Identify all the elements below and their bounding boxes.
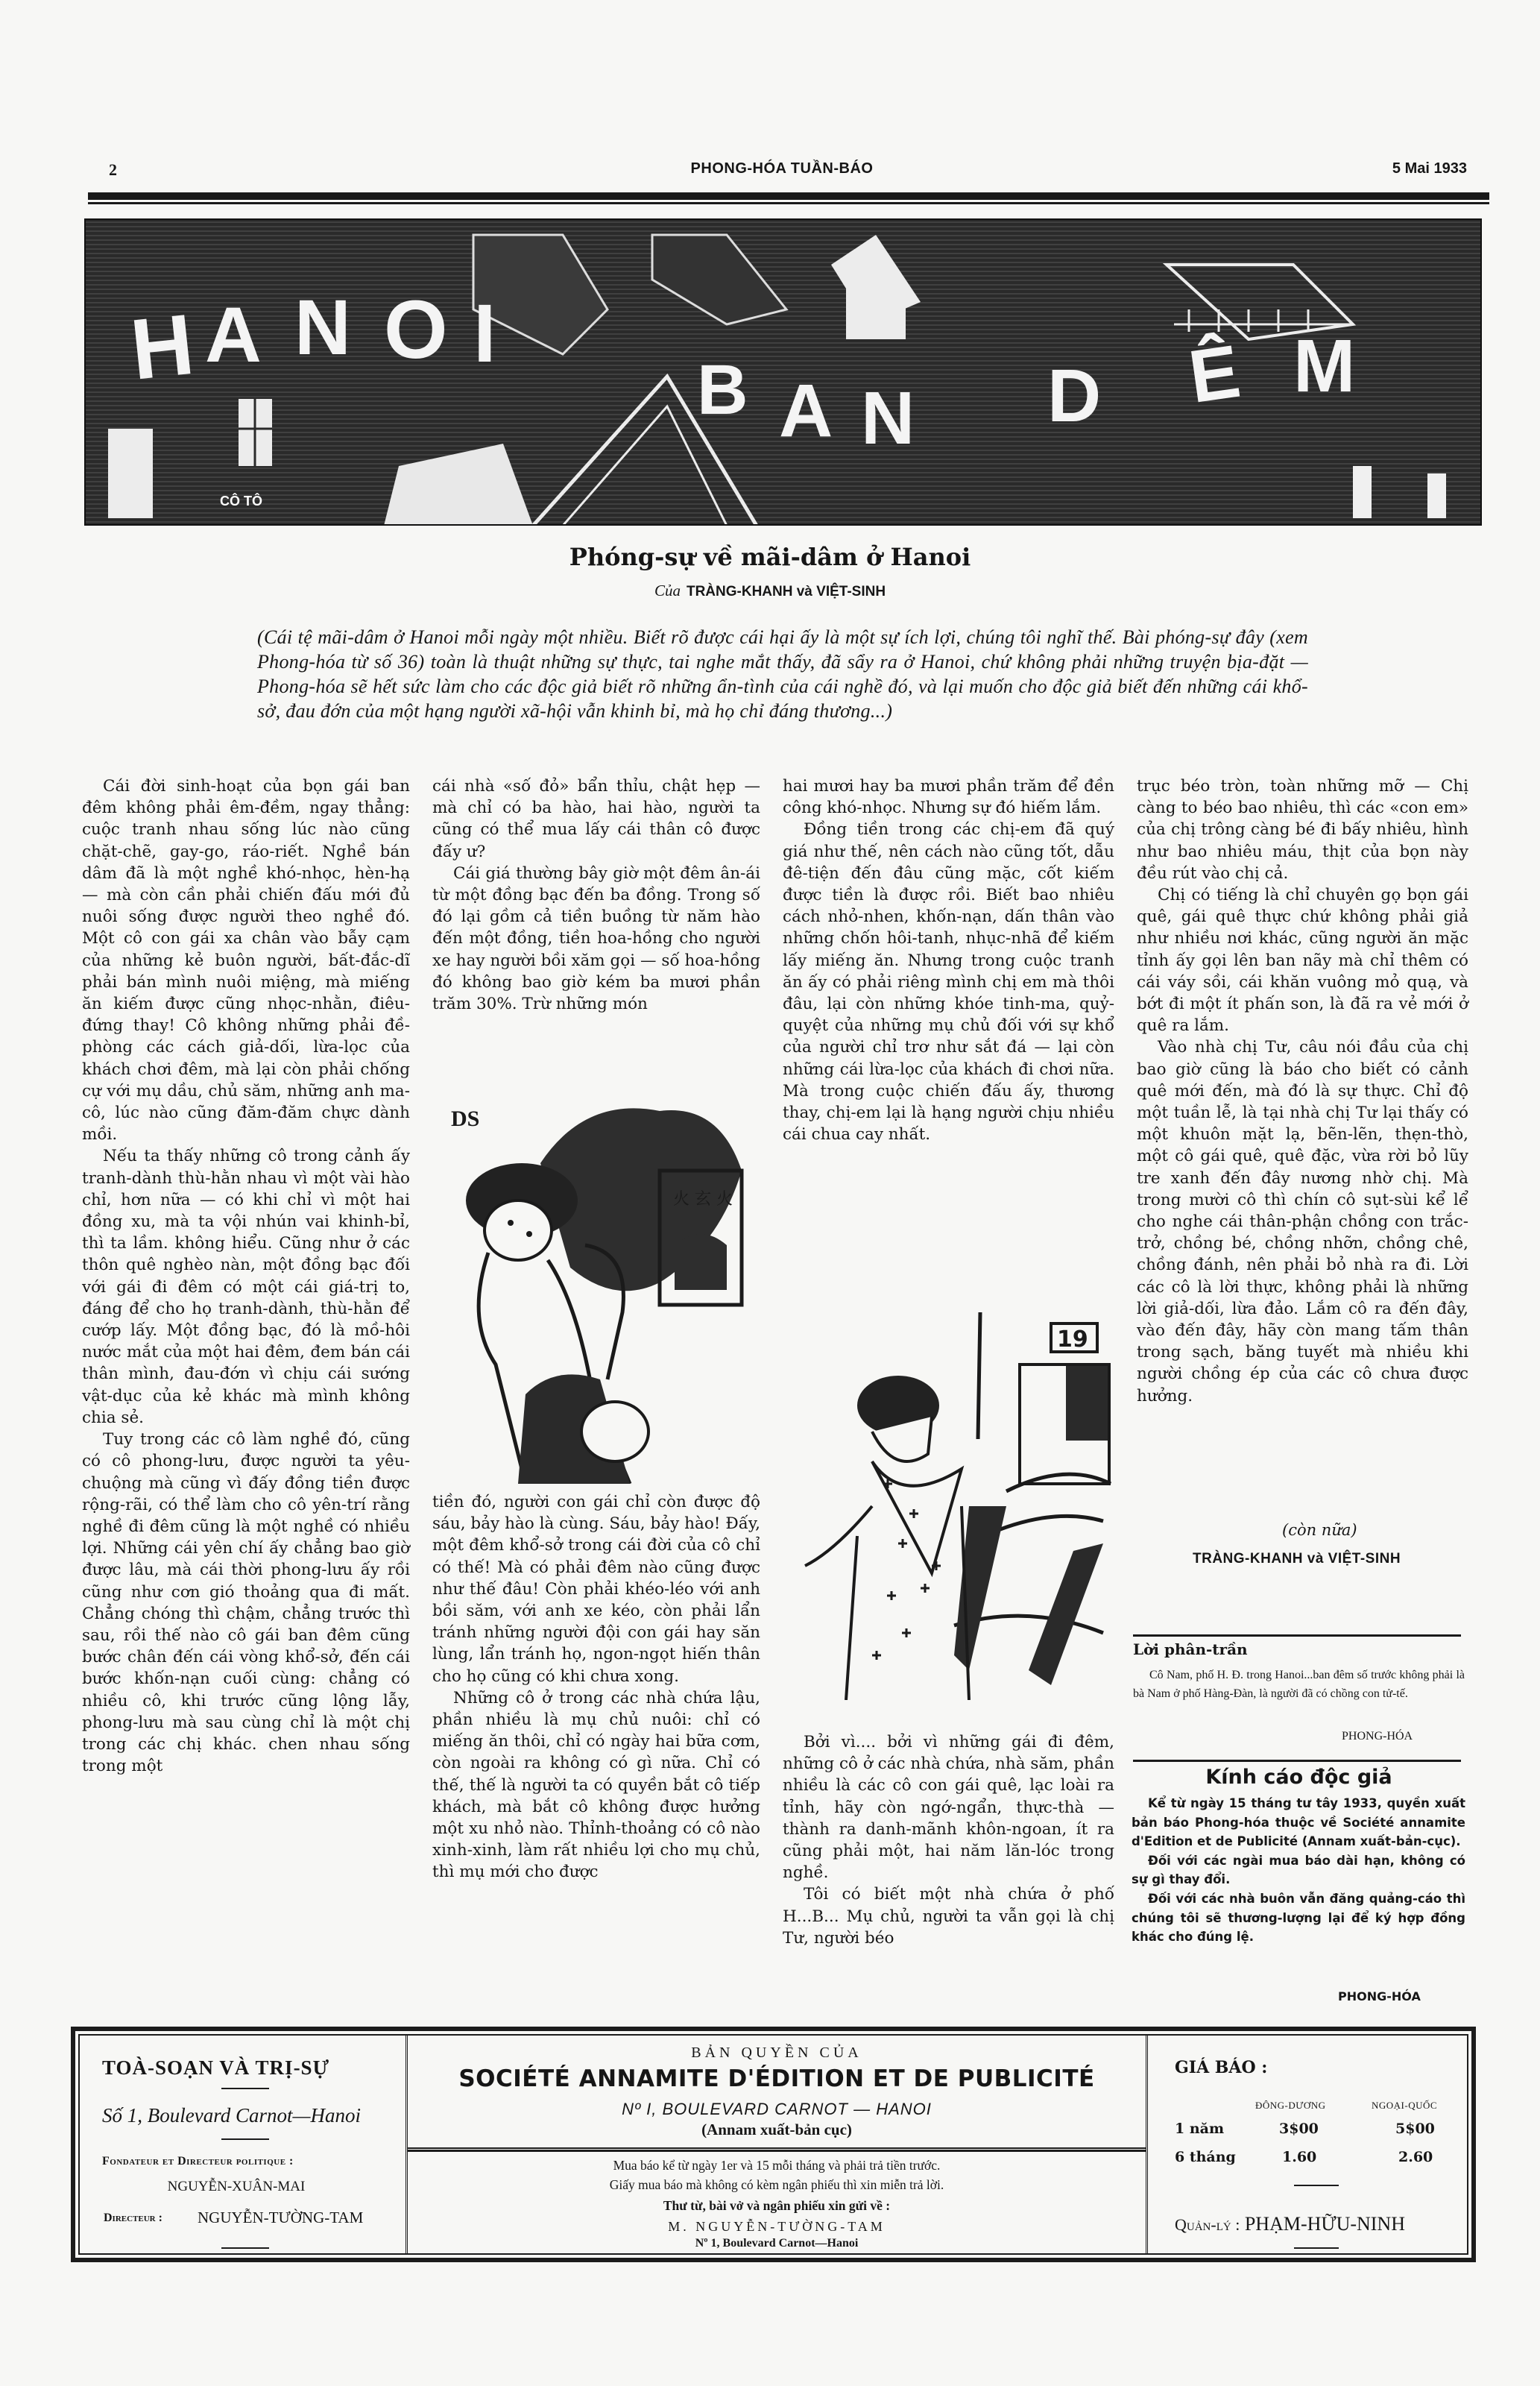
founder-name: NGUYỄN-XUÂN-MAI [80,2179,393,2195]
paragraph: hai mươi hay ba mươi phần trăm để đền cô… [783,775,1114,819]
svg-text:DS: DS [451,1107,479,1131]
divider [1133,1634,1461,1637]
masthead: 2 PHONG-HÓA TUẦN-BÁO 5 Mai 1933 [88,153,1476,183]
subscribe-note-1: Mua báo kể từ ngày 1er và 15 mỗi tháng v… [408,2158,1146,2173]
correction-heading: Lời phân-trần [1133,1640,1248,1658]
svg-text:A: A [779,369,833,453]
recipient-name: M. NGUYỄN-TƯỜNG-TAM [408,2219,1146,2235]
footer-publisher: BẢN QUYỀN CỦA SOCIÉTÉ ANNAMITE D'ÉDITION… [408,2036,1146,2253]
divider [221,2247,269,2249]
price-col-foreign: NGOẠI-QUỐC [1372,2100,1437,2112]
manager-role: Quản-lý : [1175,2215,1240,2234]
masthead-rule-thin [88,202,1489,204]
svg-text:D: D [1047,354,1101,438]
divider [408,2147,1146,2152]
correction-body: Cô Nam, phố H. Đ. trong Hanoi...ban đêm … [1133,1666,1465,1703]
paragraph: Đối với các ngài mua báo dài hạn, không … [1132,1851,1465,1889]
price-period: 6 tháng [1175,2149,1236,2165]
price-col-domestic: ĐÔNG-DƯƠNG [1255,2100,1326,2112]
office-heading: TOÀ-SOẠN VÀ TRỊ-SỰ [102,2056,329,2080]
article-column-1: Cái đời sinh-hoạt của bọn gái ban đêm kh… [82,775,410,1777]
divider [1133,1760,1461,1762]
paragraph: Kể từ ngày 15 tháng tư tây 1933, quyền x… [1132,1794,1465,1851]
byline-prefix: Của [654,582,681,599]
gate-sign: 火 玄 火 [673,1190,733,1209]
continued-note: (còn nữa) [1282,1521,1357,1539]
paragraph: Tôi có biết một nhà chứa ở phố H...B... … [783,1883,1114,1949]
illustration-woman-at-door: 19 [783,1282,1118,1700]
article-intro: (Cái tệ mãi-dâm ở Hanoi mỗi ngày một nhi… [257,625,1308,723]
director-name: NGUYỄN-TƯỜNG-TAM [198,2209,363,2227]
paper-name: PHONG-HÓA TUẦN-BÁO [88,160,1476,177]
byline-authors: TRÀNG-KHANH và VIỆT-SINH [687,584,886,599]
publisher-name: SOCIÉTÉ ANNAMITE D'ÉDITION ET DE PUBLICI… [408,2065,1146,2092]
article-column-4: trục béo tròn, toàn những mỡ — Chị càng … [1137,775,1468,1407]
svg-text:H: H [127,297,198,398]
paragraph: tiền đó, người con gái chỉ còn được độ s… [432,1491,760,1687]
founder-role: Fondateur et Directeur politique : [102,2155,294,2168]
divider [1294,2247,1339,2249]
recipient-address: Nº 1, Boulevard Carnot—Hanoi [408,2237,1146,2250]
manager-name: PHẠM-HỮU-NINH [1245,2213,1405,2235]
svg-text:O: O [384,284,448,376]
illustration-woman-with-bundle: DS 火 玄 火 [436,1081,764,1484]
paragraph: Cái đời sinh-hoạt của bọn gái ban đêm kh… [82,775,410,1145]
mail-note: Thư từ, bài vở và ngân phiếu xin gửi về … [408,2198,1146,2214]
article-column-3-top: hai mươi hay ba mươi phần trăm để đền cô… [783,775,1114,1145]
manager: Quản-lý : PHẠM-HỮU-NINH [1175,2213,1405,2235]
house-number: 19 [1057,1326,1088,1353]
price-foreign: 5$00 [1395,2121,1435,2137]
paragraph: Chị có tiếng là chỉ chuyên gọ bọn gái qu… [1137,884,1468,1036]
subscribe-note-2: Giấy mua báo mà không có kèm ngân phiếu … [408,2177,1146,2193]
announcement-title: Kính cáo độc giả [1133,1766,1465,1789]
banner-woodcut: H A N O I B A N D Ê M CÔ TÔ [84,218,1482,526]
svg-text:N: N [294,284,351,371]
paragraph: Nếu ta thấy những cô trong cảnh ấy tranh… [82,1145,410,1429]
announcement-signature: PHONG-HÓA [1338,1989,1421,2003]
svg-text:I: I [473,288,496,380]
issue-date: 5 Mai 1933 [1392,160,1467,177]
publisher-vietnamese-name: (Annam xuất-bản cục) [408,2121,1146,2139]
paragraph: Bởi vì.... bởi vì những gái đi đêm, nhữn… [783,1731,1114,1883]
announcement-body: Kể từ ngày 15 tháng tư tây 1933, quyền x… [1132,1794,1465,1947]
article-column-2-bottom: tiền đó, người con gái chỉ còn được độ s… [432,1491,760,1883]
correction-text: Cô Nam, phố H. Đ. trong Hanoi...ban đêm … [1133,1669,1465,1700]
article-column-2-top: cái nhà «số đỏ» bẩn thỉu, chật hẹp — mà … [432,775,760,1015]
svg-text:N: N [861,377,915,460]
footer-prices: GIÁ BÁO : ĐÔNG-DƯƠNG NGOẠI-QUỐC 1 năm 3$… [1146,2036,1467,2253]
divider [221,2088,269,2089]
paragraph: cái nhà «số đỏ» bẩn thỉu, chật hẹp — mà … [432,775,760,863]
office-address: Số 1, Boulevard Carnot—Hanoi [102,2104,361,2127]
paragraph: Cái giá thường bây giờ một đêm ân-ái từ … [432,863,760,1015]
price-heading: GIÁ BÁO : [1175,2058,1267,2077]
director-role: Directeur : [104,2212,162,2225]
divider [221,2138,269,2140]
price-foreign: 2.60 [1398,2149,1433,2165]
paragraph: Tuy trong các cô làm nghề đó, cũng có cô… [82,1429,410,1777]
woman-drawing-icon: DS 火 玄 火 [436,1081,764,1484]
svg-text:B: B [697,350,748,429]
divider [1294,2185,1339,2186]
paragraph: trục béo tròn, toàn những mỡ — Chị càng … [1137,775,1468,884]
copyright-line: BẢN QUYỀN CỦA [408,2045,1146,2062]
paragraph: Đồng tiền trong các chị-em đã quý giá nh… [783,819,1114,1145]
article-signature: TRÀNG-KHANH và VIỆT-SINH [1193,1551,1401,1567]
banner-art-icon: H A N O I B A N D Ê M [86,220,1482,526]
banner-artist-signature: CÔ TÔ [220,494,262,508]
article-column-3-bottom: Bởi vì.... bởi vì những gái đi đêm, nhữn… [783,1731,1114,1949]
svg-text:M: M [1293,324,1355,408]
woman-door-drawing-icon: 19 [783,1282,1118,1700]
price-domestic: 1.60 [1282,2149,1316,2165]
article-byline: CủaTRÀNG-KHANH và VIỆT-SINH [0,582,1540,600]
price-domestic: 3$00 [1279,2121,1319,2137]
masthead-rule [88,192,1489,200]
footer-editorial-office: TOÀ-SOẠN VÀ TRỊ-SỰ Số 1, Boulevard Carno… [80,2036,408,2253]
article-title: Phóng-sự về mãi-dâm ở Hanoi [0,543,1540,571]
svg-text:A: A [205,292,262,379]
publisher-address: Nº I, BOULEVARD CARNOT — HANOI [408,2100,1146,2119]
correction-signature: PHONG-HÓA [1342,1730,1413,1743]
paragraph: Những cô ở trong các nhà chứa lậu, phần … [432,1687,760,1883]
paragraph: Đối với các nhà buôn vẫn đăng quảng-cáo … [1132,1889,1465,1947]
paragraph: Vào nhà chị Tư, câu nói đầu của chị bao … [1137,1036,1468,1406]
footer-box: TOÀ-SOẠN VÀ TRỊ-SỰ Số 1, Boulevard Carno… [71,2027,1476,2262]
price-period: 1 năm [1175,2121,1224,2137]
